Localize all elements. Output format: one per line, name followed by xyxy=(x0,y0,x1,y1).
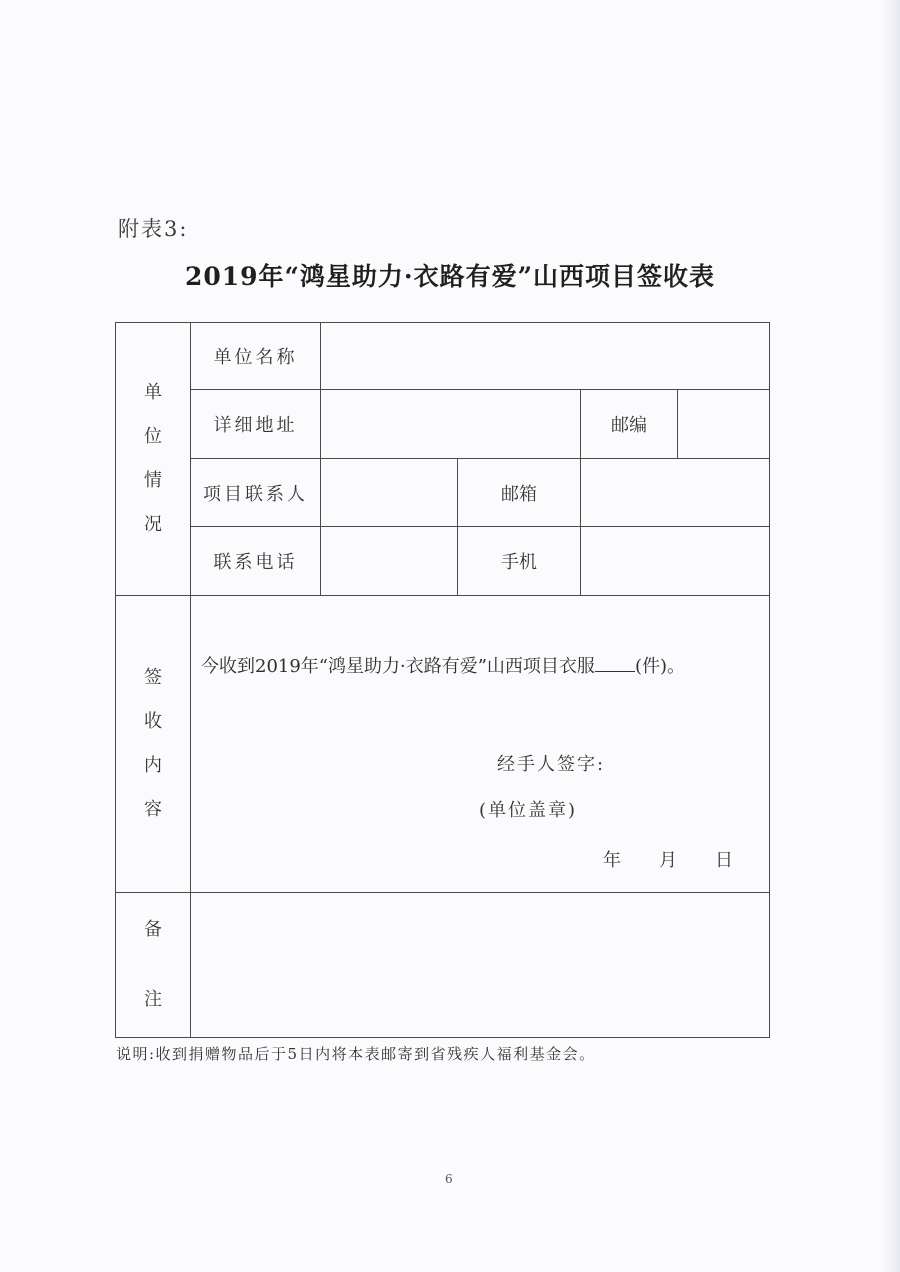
section-label-unit-info: 单 位 情 况 xyxy=(116,323,191,596)
handler-signature-label: 经手人签字: xyxy=(497,750,605,776)
contact-person-input[interactable] xyxy=(321,459,458,527)
row-phone: 联系电话 手机 xyxy=(116,527,770,596)
section-label-receipt-content: 签 收 内 容 xyxy=(116,596,191,893)
date-fields: 年月日 xyxy=(603,846,733,872)
row-unit-name: 单 位 情 况 单位名称 xyxy=(116,323,770,390)
postcode-input[interactable] xyxy=(678,390,770,459)
remarks-input[interactable] xyxy=(191,893,770,1038)
field-label-unit-name: 单位名称 xyxy=(191,323,321,390)
date-year-label: 年 xyxy=(603,846,621,872)
footnote: 说明:收到捐赠物品后于5日内将本表邮寄到省残疾人福利基金会。 xyxy=(116,1043,596,1064)
field-label-email: 邮箱 xyxy=(458,459,581,527)
date-day-label: 日 xyxy=(715,846,733,872)
row-contact-person: 项目联系人 邮箱 xyxy=(116,459,770,527)
document-title: 2019年“鸿星助力·衣路有爱”山西项目签收表 xyxy=(0,257,900,293)
field-label-address: 详细地址 xyxy=(191,390,321,459)
receipt-form-table: 单 位 情 况 单位名称 详细地址 邮编 项目联系人 邮箱 联系电话 手机 签 … xyxy=(115,322,770,1038)
field-label-phone: 联系电话 xyxy=(191,527,321,596)
section-label-remarks: 备 注 xyxy=(116,893,191,1038)
field-label-contact-person: 项目联系人 xyxy=(191,459,321,527)
quantity-blank-input[interactable] xyxy=(595,655,635,672)
phone-input[interactable] xyxy=(321,527,458,596)
field-label-postcode: 邮编 xyxy=(581,390,678,459)
field-label-mobile: 手机 xyxy=(458,527,581,596)
row-receipt-content: 签 收 内 容 今收到2019年“鸿星助力·衣路有爱”山西项目衣服(件)。 经手… xyxy=(116,596,770,893)
annex-label: 附表3: xyxy=(118,213,188,243)
page-edge-shadow xyxy=(882,0,900,1272)
email-input[interactable] xyxy=(581,459,770,527)
mobile-input[interactable] xyxy=(581,527,770,596)
unit-name-input[interactable] xyxy=(321,323,770,390)
page-number: 6 xyxy=(445,1172,453,1186)
address-input[interactable] xyxy=(321,390,581,459)
row-address: 详细地址 邮编 xyxy=(116,390,770,459)
unit-seal-label: (单位盖章) xyxy=(479,796,577,822)
receipt-content-cell: 今收到2019年“鸿星助力·衣路有爱”山西项目衣服(件)。 经手人签字: (单位… xyxy=(191,596,770,893)
date-month-label: 月 xyxy=(659,846,677,872)
receipt-statement: 今收到2019年“鸿星助力·衣路有爱”山西项目衣服(件)。 xyxy=(201,652,685,678)
row-remarks: 备 注 xyxy=(116,893,770,1038)
